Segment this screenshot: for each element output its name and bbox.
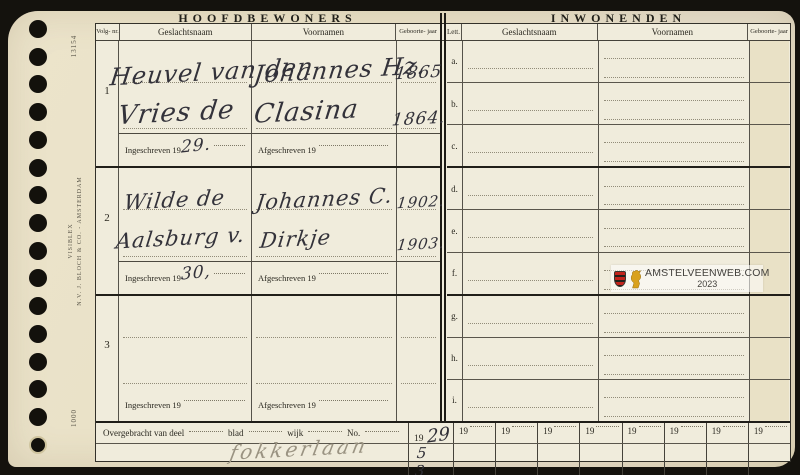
punch-hole (29, 20, 47, 38)
voornamen-cell (598, 296, 749, 337)
geslachtsnaam-cell (462, 83, 598, 124)
inwonenden-row-b: b. (447, 82, 790, 124)
entry-1b-geslachtsnaam-handwritten: Vries de (116, 95, 236, 131)
card-number-handwritten: 5 3 (414, 444, 455, 475)
geboortejaar-cell (396, 342, 440, 388)
year-prefix: 19 (501, 426, 510, 436)
row-letter: d. (447, 168, 462, 209)
year-cell-3: 19 (537, 423, 579, 443)
dotted-line (319, 400, 388, 401)
stationer-brand: VISIBLEX (67, 171, 76, 311)
year-prefix: 19 (670, 426, 679, 436)
year-cell-8: 19 (748, 423, 790, 443)
geboortejaar-cell (749, 380, 789, 421)
inwonenden-row-g: g. (447, 294, 790, 337)
year-cell-7: 19 (706, 423, 748, 443)
year-prefix: 19 (754, 426, 763, 436)
watermark-year-text: 2023 (697, 280, 717, 289)
punch-hole (29, 75, 47, 93)
year-cell-5: 19 (622, 423, 664, 443)
header-geslachtsnaam-right: Geslachtsnaam (461, 24, 597, 40)
voornamen-cell (598, 83, 749, 124)
inwonenden-row-h: h. (447, 337, 790, 379)
afgeschreven-label: Afgeschreven 19 (258, 145, 316, 155)
punch-hole (29, 380, 47, 398)
punch-hole (29, 131, 47, 149)
ingeschreven-year-handwritten: 30, (181, 261, 212, 284)
ingeschreven-year-handwritten: 29. (181, 134, 212, 157)
header-geslachtsnaam-left: Geslachtsnaam (119, 24, 251, 40)
geslachtsnaam-cell (119, 342, 251, 388)
dotted-line (319, 145, 388, 146)
year-prefix: 19 (585, 426, 594, 436)
geslachtsnaam-cell (462, 338, 598, 379)
geslachtsnaam-cell (462, 125, 598, 166)
entry-1b-voornamen-handwritten: Clasina (252, 94, 360, 130)
dotted-line (365, 431, 399, 432)
blad-label: blad (228, 428, 244, 438)
row-letter: i. (447, 380, 462, 421)
geslachtsnaam-cell (462, 168, 598, 209)
punch-hole (29, 325, 47, 343)
inwonenden-section: a. b. c. d. (447, 41, 790, 421)
inwonenden-row-e: e. (447, 209, 790, 251)
dotted-line (189, 431, 223, 432)
ingeschreven-label: Ingeschreven 19 (125, 273, 181, 283)
dotted-line (249, 431, 283, 432)
header-geboortejaar-right: Geboorte- jaar (747, 24, 790, 40)
voornamen-cell (251, 296, 396, 342)
row-letter: e. (447, 210, 462, 251)
transfer-row-empty: 5 3 (96, 444, 790, 475)
year-prefix: 19 (414, 434, 424, 444)
geslachtsnaam-cell (462, 296, 598, 337)
entry-1b-geboortejaar-handwritten: 1864. (391, 108, 447, 131)
punch-hole (29, 242, 47, 260)
entry-2b-voornamen-handwritten: Dirkje (259, 225, 333, 253)
header-geboortejaar-left: Geboorte- jaar (395, 24, 440, 40)
header-lett: Lett. (446, 24, 461, 40)
punch-hole (29, 353, 47, 371)
year-prefix: 19 (712, 426, 721, 436)
entry-1a-geboortejaar-handwritten: 1865 (394, 62, 444, 85)
dotted-line (681, 426, 703, 427)
year-cell: 1929 (408, 423, 453, 443)
punch-hole (29, 269, 47, 287)
registration-subrow: Ingeschreven 19 29. Afgeschreven 19 (119, 133, 441, 166)
dotted-line (308, 431, 342, 432)
dotted-line (184, 400, 245, 401)
registration-subrow: Ingeschreven 19 Afgeschreven 19 (119, 388, 441, 421)
geboortejaar-cell (749, 168, 789, 209)
afgeschreven-label: Afgeschreven 19 (258, 400, 316, 410)
stationer-address: N.V. J. BLOCH & CO. - AMSTERDAM (76, 171, 85, 311)
geboortejaar-cell (749, 210, 789, 251)
row-letter: h. (447, 338, 462, 379)
dotted-line (639, 426, 661, 427)
transfer-footer: Overgebracht van deel blad wijk No. 1929… (96, 421, 790, 461)
punch-hole (29, 408, 47, 426)
inwonenden-row-i: i. (447, 379, 790, 421)
block-number: 3 (96, 296, 119, 421)
year-cell-4: 19 (579, 423, 621, 443)
punch-hole (29, 103, 47, 121)
overgebracht-label: Overgebracht van deel (103, 428, 184, 438)
geboortejaar-cell (749, 83, 789, 124)
geslachtsnaam-cell (462, 210, 598, 251)
inwonenden-row-c: c. (447, 124, 790, 166)
row-letter: g. (447, 296, 462, 337)
ingeschreven-label: Ingeschreven 19 (125, 400, 181, 410)
dotted-line (319, 273, 388, 274)
voornamen-cell (251, 342, 396, 388)
voornamen-cell (598, 125, 749, 166)
amstelveen-coat-of-arms-icon (614, 271, 626, 287)
block-number: 1 (96, 41, 119, 166)
hoofdbewoners-block-3: 3 I (96, 296, 441, 421)
geboortejaar-cell (749, 125, 789, 166)
stationer-imprint: VISIBLEX N.V. J. BLOCH & CO. - AMSTERDAM (67, 171, 85, 311)
geslachtsnaam-cell (462, 380, 598, 421)
watermark-site-text: AMSTELVEENWEB.COM (645, 268, 770, 279)
year-prefix: 19 (543, 426, 552, 436)
dotted-line (214, 273, 245, 274)
dotted-line (214, 145, 245, 146)
punch-hole (29, 297, 47, 315)
year-prefix: 19 (628, 426, 637, 436)
geboortejaar-cell (749, 41, 789, 82)
print-number-top: 13154 (70, 22, 78, 70)
registration-subrow: Ingeschreven 19 30, Afgeschreven 19 (119, 261, 441, 294)
ingeschreven-label: Ingeschreven 19 (125, 145, 181, 155)
header-voornamen-right: Voornamen (597, 24, 748, 40)
card-number-cell: 5 3 (408, 444, 453, 475)
geslachtsnaam-cell (462, 253, 598, 294)
voornamen-cell (598, 338, 749, 379)
geboortejaar-cell (749, 338, 789, 379)
punch-hole (29, 159, 47, 177)
punch-hole (29, 436, 47, 454)
inwonenden-row-d: d. (447, 166, 790, 209)
print-number-bottom: 1000 (70, 394, 78, 442)
header-voornamen-left: Voornamen (251, 24, 396, 40)
header-volgnr: Volg- nr. (96, 24, 119, 40)
row-letter: a. (447, 41, 462, 82)
year-cell-1: 19 (453, 423, 495, 443)
scanned-register-card: 13154 VISIBLEX N.V. J. BLOCH & CO. - AMS… (0, 0, 800, 475)
transfer-row: Overgebracht van deel blad wijk No. 1929… (96, 423, 790, 444)
year-cell-6: 19 (664, 423, 706, 443)
geslachtsnaam-cell (462, 41, 598, 82)
dotted-line (512, 426, 534, 427)
dotted-line (723, 426, 745, 427)
binder-holes (29, 20, 47, 454)
punch-hole (29, 48, 47, 66)
entry-2b-geboortejaar-handwritten: 1903. (396, 234, 446, 255)
lion-icon (628, 269, 643, 289)
year-cell-2: 19 (495, 423, 537, 443)
geboortejaar-cell (749, 296, 789, 337)
year-prefix: 19 (459, 426, 468, 436)
voornamen-cell (598, 210, 749, 251)
entry-row (119, 342, 441, 388)
amstelveenweb-watermark: AMSTELVEENWEB.COM 2023 (611, 265, 763, 292)
row-letter: c. (447, 125, 462, 166)
block-number: 2 (96, 168, 119, 293)
geslachtsnaam-cell (119, 296, 251, 342)
voornamen-cell (598, 380, 749, 421)
dotted-line (765, 426, 787, 427)
dotted-line (554, 426, 576, 427)
entry-2a-geboortejaar-handwritten: 1902. (396, 192, 446, 213)
entry-row (119, 296, 441, 342)
afgeschreven-label: Afgeschreven 19 (258, 273, 316, 283)
punch-hole (29, 214, 47, 232)
row-letter: b. (447, 83, 462, 124)
row-letter: f. (447, 253, 462, 294)
voornamen-cell (598, 168, 749, 209)
dotted-line (470, 426, 492, 427)
inwonenden-row-a: a. (447, 41, 790, 82)
dotted-line (596, 426, 618, 427)
voornamen-cell (598, 41, 749, 82)
geboortejaar-cell (396, 296, 440, 342)
punch-hole (29, 186, 47, 204)
